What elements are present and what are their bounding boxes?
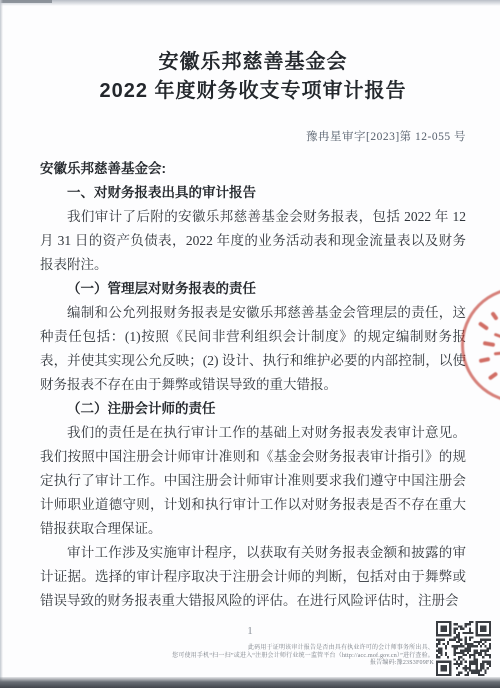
section-heading-1: 一、对财务报表出具的审计报告 [40, 181, 466, 205]
verification-footnote: 此码用于证明该审计报告是否由具有执业许可的会计师事务所出具、 您可使用手机“扫一… [124, 645, 434, 668]
report-title-line1: 安徽乐邦慈善基金会 [40, 48, 466, 77]
verification-line-1: 此码用于证明该审计报告是否由具有执业许可的会计师事务所出具、 [124, 645, 434, 653]
paragraph-audit-procedures: 审计工作涉及实施审计程序，以获取有关财务报表金额和披露的审计证据。选择的审计程序… [40, 541, 466, 613]
report-code-label: 报告编码: [370, 660, 397, 666]
paragraph-scope: 我们审计了后附的安徽乐邦慈善基金会财务报表，包括 2022 年 12 月 31 … [40, 205, 466, 277]
report-title-line2: 2022 年度财务收支专项审计报告 [40, 77, 466, 106]
scan-shadow-bottom [0, 677, 500, 688]
subsection-heading-management: （一）管理层对财务报表的责任 [40, 277, 466, 301]
report-body: 一、对财务报表出具的审计报告 我们审计了后附的安徽乐邦慈善基金会财务报表，包括 … [40, 181, 466, 613]
qr-code-icon [436, 621, 491, 676]
verification-line-2: 您可使用手机“扫一扫”或进入“注册会计师行业统一监管平台（http://acc.… [124, 653, 434, 661]
paragraph-cpa-responsibility: 我们的责任是在执行审计工作的基础上对财务报表发表审计意见。我们按照中国注册会计师… [40, 421, 466, 541]
paragraph-management-responsibility: 编制和公允列报财务报表是安徽乐邦慈善基金会管理层的责任，这种责任包括：(1)按照… [40, 301, 466, 397]
document-reference-number: 豫冉星审字[2023]第 12-055 号 [40, 130, 466, 145]
subsection-heading-cpa: （二）注册会计师的责任 [40, 397, 466, 421]
audit-report-page: 安徽乐邦慈善基金会 2022 年度财务收支专项审计报告 豫冉星审字[2023]第… [0, 0, 500, 613]
report-code-value: 豫23S3F09FK [397, 660, 434, 666]
page-number: 1 [0, 625, 500, 637]
addressee-line: 安徽乐邦慈善基金会: [40, 157, 466, 181]
report-code-line: 报告编码:豫23S3F09FK [124, 660, 434, 668]
